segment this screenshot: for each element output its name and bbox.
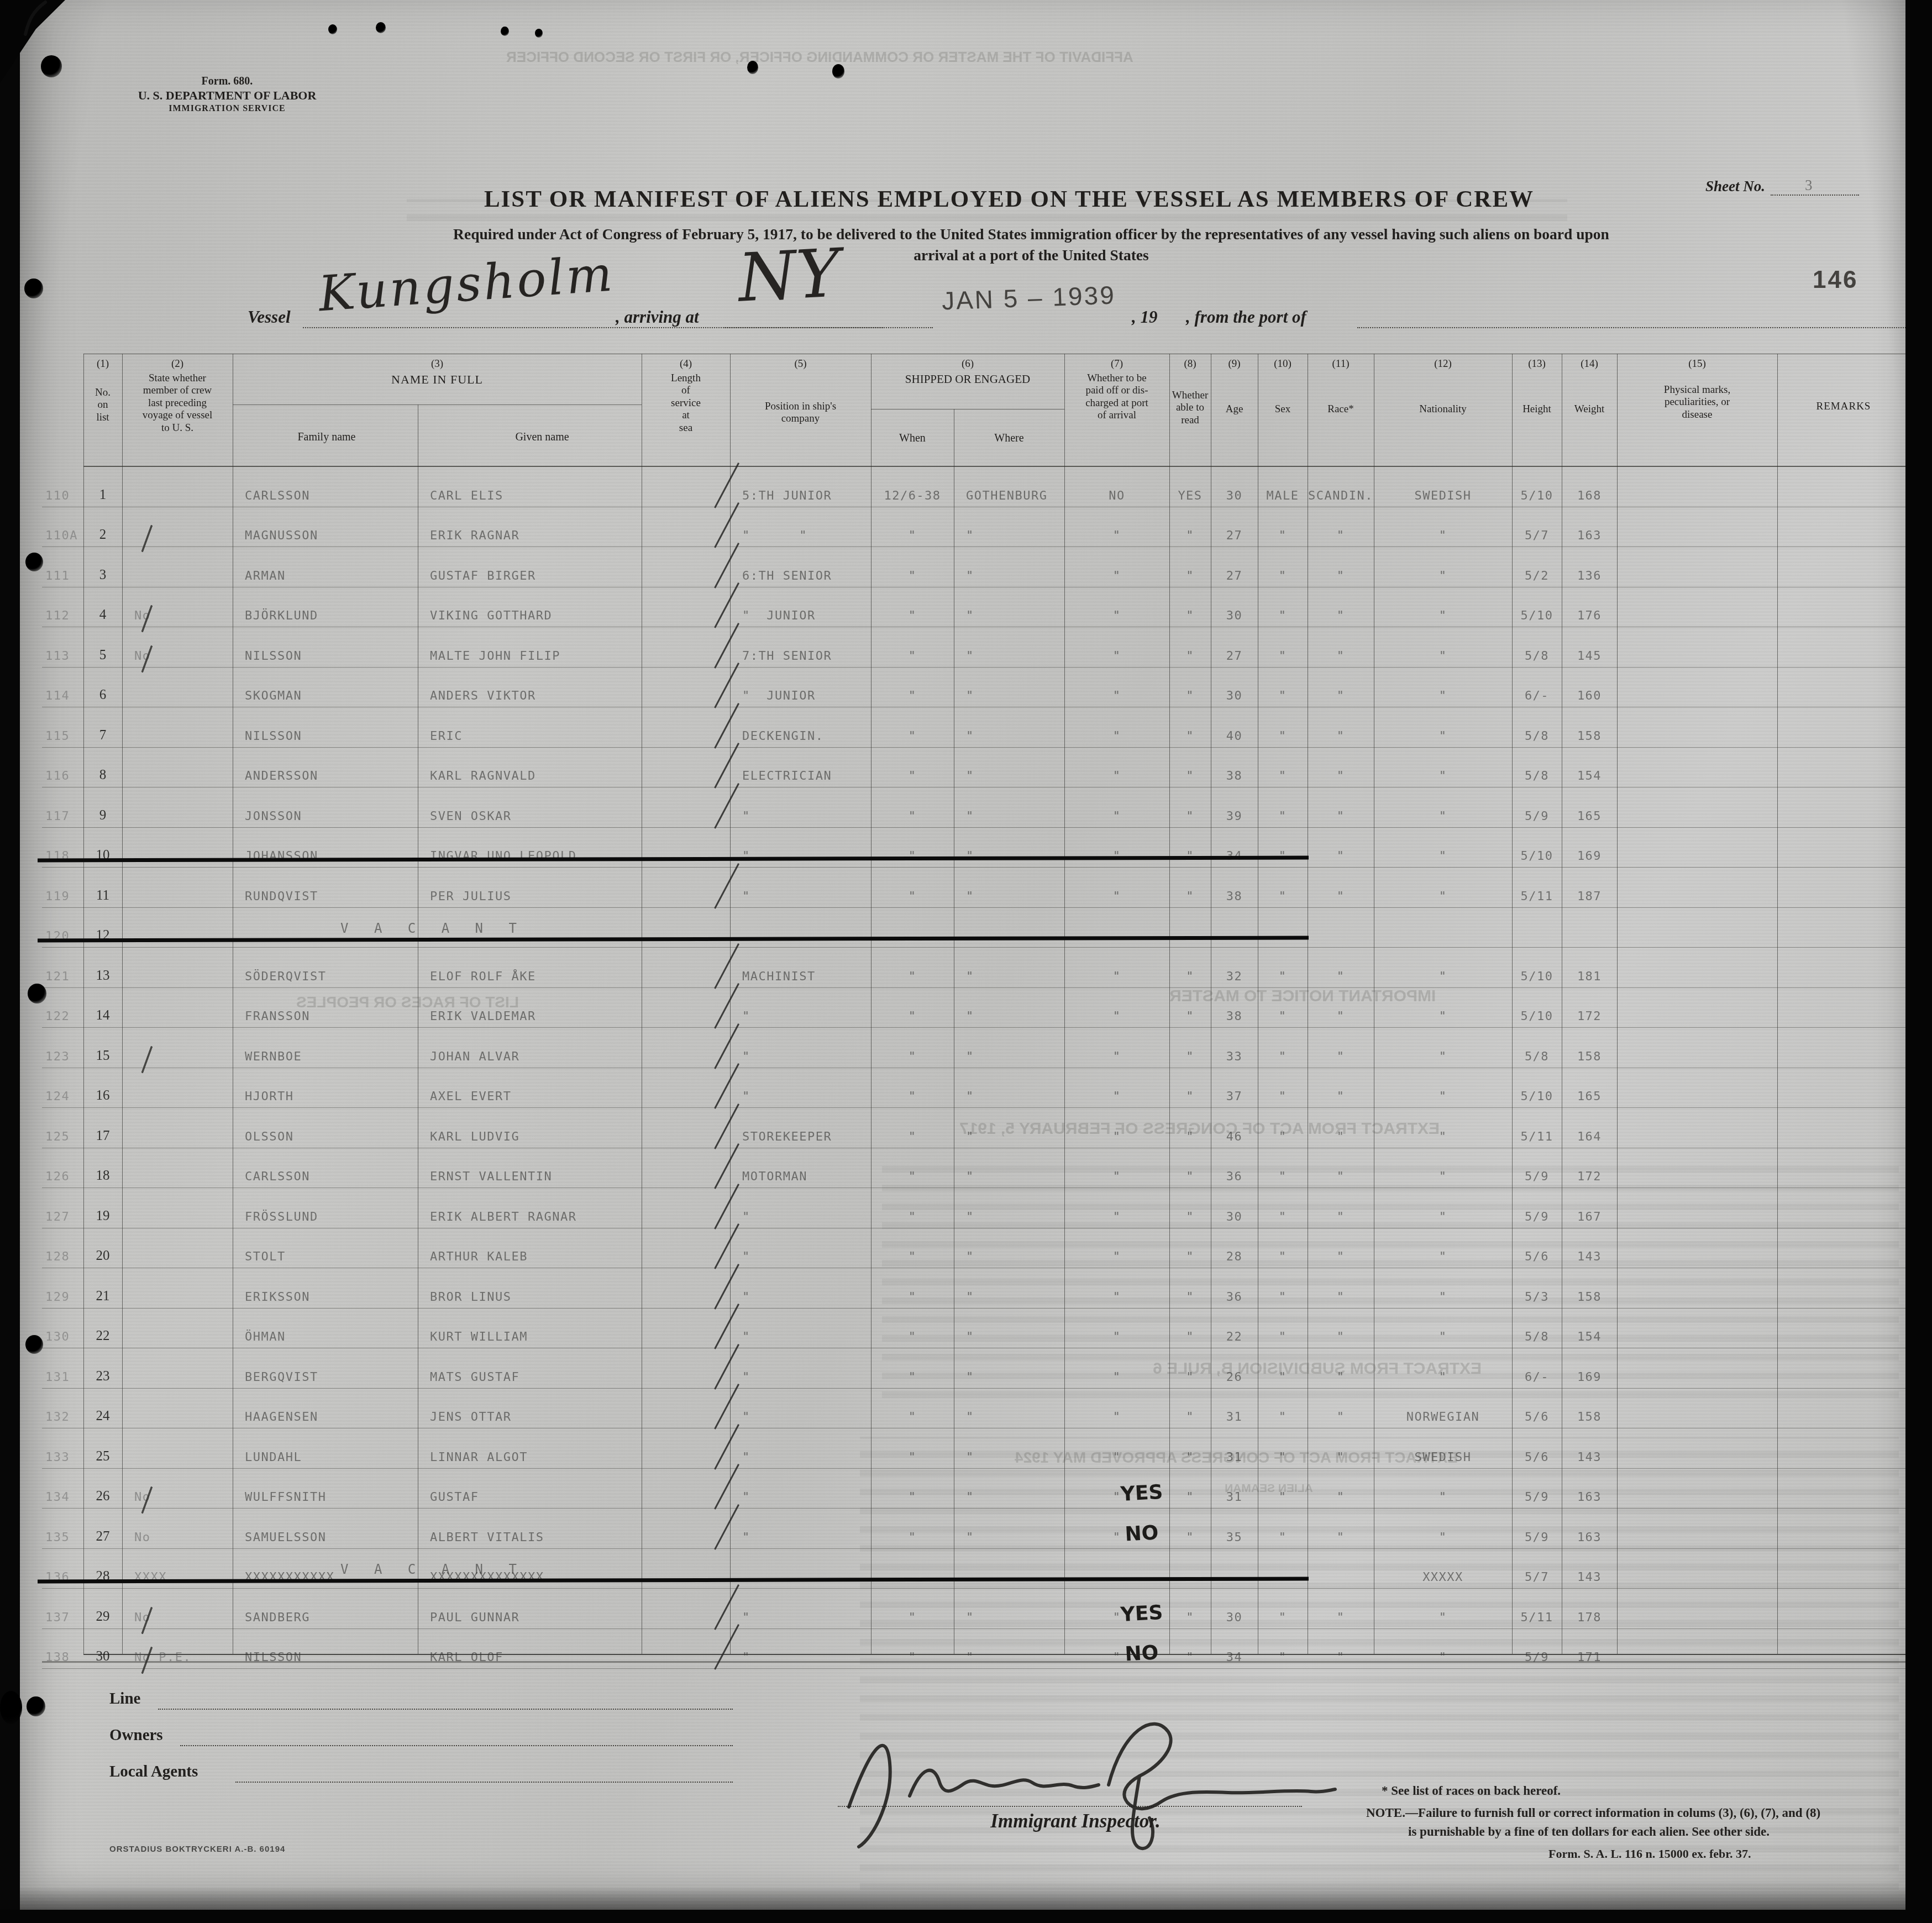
shipped-when-cell: " [871, 1629, 954, 1669]
hole-punch [28, 984, 46, 1003]
able-to-read-cell: " [1169, 828, 1211, 868]
paid-off-cell: " [1064, 627, 1169, 667]
position-cell [730, 1549, 871, 1589]
remarks-cell [1777, 507, 1910, 547]
name-subdivider [233, 404, 642, 405]
sex-cell: " [1258, 1509, 1308, 1548]
subheader-when: When [871, 432, 954, 445]
margin-line-number: 123 [42, 1028, 83, 1068]
weight-cell: 171 [1562, 1629, 1617, 1669]
position-cell [730, 908, 871, 948]
physical-marks-cell [1617, 1589, 1777, 1628]
weight-cell: 163 [1562, 1509, 1617, 1548]
physical-marks-cell [1617, 1428, 1777, 1468]
last-voyage-cell [122, 547, 233, 587]
last-voyage-cell: No [122, 1589, 233, 1628]
sex-cell [1258, 908, 1308, 948]
paid-off-cell: " [1064, 1348, 1169, 1388]
physical-marks-cell [1617, 587, 1777, 627]
margin-line-number: 122 [42, 988, 83, 1028]
row-number: 4 [83, 587, 122, 627]
sex-cell: " [1258, 507, 1308, 547]
weight-cell: 165 [1562, 1068, 1617, 1108]
able-to-read-cell: " [1169, 627, 1211, 667]
sex-cell: " [1258, 868, 1308, 907]
position-cell: " [730, 787, 871, 827]
last-voyage-cell [122, 668, 233, 707]
vacant-label: V A C A N T [340, 1562, 526, 1577]
scan-blemish [0, 1691, 22, 1724]
col-header-height: (13)Height [1512, 354, 1562, 467]
given-name-cell: ERIC [418, 707, 642, 747]
height-cell: 5/11 [1512, 1589, 1562, 1628]
age-cell: 22 [1211, 1309, 1258, 1348]
service-cell [642, 1068, 730, 1108]
margin-line-number: 125 [42, 1108, 83, 1148]
paid-off-cell: " [1064, 787, 1169, 827]
nationality-cell: SWEDISH [1374, 1428, 1512, 1468]
paid-off-cell: " [1064, 587, 1169, 627]
sex-cell: " [1258, 707, 1308, 747]
height-cell: 5/6 [1512, 1389, 1562, 1428]
race-cell: " [1308, 1188, 1374, 1228]
col-header-position: (5)Position in ship's company [730, 354, 871, 467]
shipped-when-cell: " [871, 748, 954, 787]
shipped-where-cell: " [954, 1188, 1064, 1228]
col-header-service: (4)Length of service at sea [642, 354, 730, 467]
weight-cell: 168 [1562, 467, 1617, 507]
last-voyage-cell [122, 1428, 233, 1468]
bleedthrough-text: AFFIDAVIT OF THE MASTER OR COMMANDING OF… [506, 49, 1133, 66]
margin-line-number: 129 [42, 1268, 83, 1308]
physical-marks-cell [1617, 868, 1777, 907]
local-agents-label: Local Agents [109, 1763, 198, 1781]
given-name-cell: VIKING GOTTHARD [418, 587, 642, 627]
height-cell: 5/9 [1512, 1188, 1562, 1228]
remarks-cell [1777, 787, 1910, 827]
height-cell: 5/10 [1512, 587, 1562, 627]
weight-cell: 176 [1562, 587, 1617, 627]
shipped-where-cell: " [954, 1389, 1064, 1428]
shipped-where-cell: " [954, 1268, 1064, 1308]
remarks-cell [1777, 908, 1910, 948]
weight-cell: 158 [1562, 707, 1617, 747]
sex-cell: " [1258, 1028, 1308, 1068]
paid-off-cell: " [1064, 948, 1169, 987]
able-to-read-cell: " [1169, 547, 1211, 587]
weight-cell: 158 [1562, 1028, 1617, 1068]
margin-line-number: 134 [42, 1469, 83, 1509]
family-name-cell: JONSSON [233, 787, 418, 827]
position-cell: " [730, 1348, 871, 1388]
sex-cell: " [1258, 1068, 1308, 1108]
weight-cell: 169 [1562, 828, 1617, 868]
shipped-when-cell: " [871, 1268, 954, 1308]
service-cell [642, 908, 730, 948]
position-cell: " [730, 1509, 871, 1548]
shipped-where-cell: " [954, 1068, 1064, 1108]
family-name-cell: ANDERSSON [233, 748, 418, 787]
service-label: IMMIGRATION SERVICE [103, 104, 351, 114]
hole-punch [25, 553, 43, 571]
margin-line-number: 111 [42, 547, 83, 587]
row-number: 30 [83, 1629, 122, 1669]
age-cell: 32 [1211, 948, 1258, 987]
service-cell [642, 868, 730, 907]
handwritten-paid-off-note: YES [1091, 1600, 1192, 1627]
physical-marks-cell [1617, 1469, 1777, 1509]
age-cell: 27 [1211, 627, 1258, 667]
age-cell: 30 [1211, 1188, 1258, 1228]
hole-punch [25, 1335, 43, 1354]
physical-marks-cell [1617, 1268, 1777, 1308]
able-to-read-cell: " [1169, 1389, 1211, 1428]
row-number: 16 [83, 1068, 122, 1108]
arrival-date-stamp: JAN 5 – 1939 [941, 280, 1116, 316]
subtitle-line1: Required under Act of Congress of Februa… [230, 225, 1833, 243]
shipped-when-cell: " [871, 1348, 954, 1388]
nationality-cell: " [1374, 868, 1512, 907]
age-cell: 30 [1211, 1589, 1258, 1628]
col-header-weight: (14)Weight [1562, 354, 1617, 467]
position-cell: " [730, 1028, 871, 1068]
shipped-when-cell: " [871, 1469, 954, 1509]
table-row: 127 19 FRÖSSLUND ERIK ALBERT RAGNAR " " … [42, 1188, 1910, 1228]
service-cell [642, 627, 730, 667]
scan-edge-bottom [0, 1910, 1932, 1923]
family-name-cell: WULFFSNITH [233, 1469, 418, 1509]
service-cell [642, 748, 730, 787]
service-cell [642, 1348, 730, 1388]
age-cell: 27 [1211, 507, 1258, 547]
col-header-read: (8)Whether able to read [1169, 354, 1211, 467]
arrival-port-handwritten: NY [736, 235, 842, 317]
shipped-when-cell: " [871, 668, 954, 707]
physical-marks-cell [1617, 1549, 1777, 1589]
position-cell: MACHINIST [730, 948, 871, 987]
height-cell: 5/7 [1512, 1549, 1562, 1589]
row-number: 18 [83, 1148, 122, 1188]
physical-marks-cell [1617, 507, 1777, 547]
service-cell [642, 507, 730, 547]
remarks-cell [1777, 1108, 1910, 1148]
nationality-cell: " [1374, 1469, 1512, 1509]
paid-off-cell: " [1064, 1108, 1169, 1148]
row-number: 20 [83, 1228, 122, 1268]
nationality-cell: " [1374, 587, 1512, 627]
paid-off-cell: " [1064, 748, 1169, 787]
subheader-family-name: Family name [249, 431, 404, 444]
department-label: U. S. DEPARTMENT OF LABOR [103, 88, 351, 103]
able-to-read-cell: " [1169, 1028, 1211, 1068]
form-number: Form. 680. [158, 75, 296, 88]
weight-cell: 163 [1562, 1469, 1617, 1509]
shipped-when-cell: " [871, 1509, 954, 1548]
shipped-where-cell: " [954, 1589, 1064, 1628]
given-name-cell: KARL OLOF [418, 1629, 642, 1669]
vessel-label: Vessel [248, 307, 291, 327]
last-voyage-cell [122, 1068, 233, 1108]
line-blank [158, 1709, 733, 1710]
sex-cell: " [1258, 787, 1308, 827]
table-row: 112 4 No BJÖRKLUND VIKING GOTTHARD " JUN… [42, 587, 1910, 628]
nationality-cell: " [1374, 787, 1512, 827]
position-cell: DECKENGIN. [730, 707, 871, 747]
sex-cell: " [1258, 627, 1308, 667]
family-name-cell: CARLSSON [233, 467, 418, 507]
race-cell: " [1308, 587, 1374, 627]
hole-punch [27, 1696, 45, 1716]
nationality-cell: " [1374, 1348, 1512, 1388]
col-header-age: (9)Age [1211, 354, 1258, 467]
race-cell: " [1308, 1148, 1374, 1188]
physical-marks-cell [1617, 988, 1777, 1028]
height-cell: 5/10 [1512, 467, 1562, 507]
weight-cell: 158 [1562, 1389, 1617, 1428]
weight-cell: 164 [1562, 1108, 1617, 1148]
shipped-where-cell: " [954, 948, 1064, 987]
able-to-read-cell: YES [1169, 467, 1211, 507]
nationality-cell: " [1374, 1228, 1512, 1268]
sex-cell: " [1258, 1148, 1308, 1188]
remarks-cell [1777, 1068, 1910, 1108]
race-cell: " [1308, 1509, 1374, 1548]
col-header-paidoff: (7)Whether to be paid off or dis- charge… [1064, 354, 1169, 467]
weight-cell: 136 [1562, 547, 1617, 587]
family-name-cell: BJÖRKLUND [233, 587, 418, 627]
shipped-when-cell: 12/6-38 [871, 467, 954, 507]
height-cell: 5/8 [1512, 748, 1562, 787]
shipped-when-cell: " [871, 1188, 954, 1228]
remarks-cell [1777, 1348, 1910, 1388]
col-header-shipped: (6)SHIPPED OR ENGAGED [871, 354, 1064, 467]
shipped-where-cell: " [954, 507, 1064, 547]
vacant-label: V A C A N T [340, 921, 526, 936]
position-cell: " [730, 1629, 871, 1669]
able-to-read-cell: " [1169, 1268, 1211, 1308]
position-cell: 6:TH SENIOR [730, 547, 871, 587]
given-name-cell: ERIK VALDEMAR [418, 988, 642, 1028]
race-cell: " [1308, 1348, 1374, 1388]
height-cell: 5/8 [1512, 707, 1562, 747]
paid-off-cell: " [1064, 668, 1169, 707]
weight-cell: 165 [1562, 787, 1617, 827]
shipped-when-cell: " [871, 587, 954, 627]
age-cell: 34 [1211, 1629, 1258, 1669]
sheet-no-label: Sheet No. [1705, 178, 1765, 195]
local-agents-blank [235, 1782, 733, 1783]
row-number: 14 [83, 988, 122, 1028]
sex-cell: " [1258, 988, 1308, 1028]
nationality-cell: SWEDISH [1374, 467, 1512, 507]
scan-edge-right [1905, 0, 1932, 1923]
paid-off-cell: " [1064, 1068, 1169, 1108]
given-name-cell: ARTHUR KALEB [418, 1228, 642, 1268]
weight-cell: 172 [1562, 1148, 1617, 1188]
weight-cell: 181 [1562, 948, 1617, 987]
margin-line-number: 124 [42, 1068, 83, 1108]
table-row: 110 1 CARLSSON CARL ELIS 5:TH JUNIOR 12/… [42, 467, 1910, 507]
position-cell: ELECTRICIAN [730, 748, 871, 787]
race-cell: " [1308, 868, 1374, 907]
col-header-nationality: (12)Nationality [1374, 354, 1512, 467]
family-name-cell: SANDBERG [233, 1589, 418, 1628]
weight-cell: 160 [1562, 668, 1617, 707]
last-voyage-cell: No [122, 627, 233, 667]
family-name-cell: SÖDERQVIST [233, 948, 418, 987]
remarks-cell [1777, 1309, 1910, 1348]
remarks-cell [1777, 707, 1910, 747]
shipped-when-cell: " [871, 1028, 954, 1068]
col-header-race: (11)Race* [1308, 354, 1374, 467]
table-row: 131 23 BERGQVIST MATS GUSTAF " " " " " 2… [42, 1348, 1910, 1389]
row-number: 22 [83, 1309, 122, 1348]
margin-line-number: 110 [42, 467, 83, 507]
family-name-cell: MAGNUSSON [233, 507, 418, 547]
last-voyage-cell [122, 748, 233, 787]
height-cell: 5/9 [1512, 787, 1562, 827]
height-cell: 5/10 [1512, 948, 1562, 987]
row-number: 5 [83, 627, 122, 667]
nationality-cell: " [1374, 1108, 1512, 1148]
shipped-when-cell: " [871, 1589, 954, 1628]
table-row: 125 17 OLSSON KARL LUDVIG STOREKEEPER " … [42, 1108, 1910, 1148]
physical-marks-cell [1617, 787, 1777, 827]
physical-marks-cell [1617, 748, 1777, 787]
sex-cell: " [1258, 748, 1308, 787]
row-number: 11 [83, 868, 122, 907]
nationality-cell: " [1374, 748, 1512, 787]
table-row: 128 20 STOLT ARTHUR KALEB " " " " " 28 "… [42, 1228, 1910, 1269]
able-to-read-cell: " [1169, 1428, 1211, 1468]
able-to-read-cell: " [1169, 1228, 1211, 1268]
height-cell: 5/7 [1512, 507, 1562, 547]
able-to-read-cell: " [1169, 988, 1211, 1028]
margin-line-number: 115 [42, 707, 83, 747]
position-cell: " [730, 1068, 871, 1108]
age-cell: 31 [1211, 1469, 1258, 1509]
table-row: 124 16 HJORTH AXEL EVERT " " " " " 37 " … [42, 1068, 1910, 1108]
given-name-cell: MALTE JOHN FILIP [418, 627, 642, 667]
weight-cell: 143 [1562, 1228, 1617, 1268]
physical-marks-cell [1617, 1629, 1777, 1669]
shipped-where-cell: " [954, 828, 1064, 868]
sex-cell: " [1258, 828, 1308, 868]
position-cell: " [730, 1188, 871, 1228]
age-cell: 28 [1211, 1228, 1258, 1268]
margin-line-number: 114 [42, 668, 83, 707]
paid-off-cell: " [1064, 1148, 1169, 1188]
row-number: 7 [83, 707, 122, 747]
able-to-read-cell: " [1169, 787, 1211, 827]
row-number: 15 [83, 1028, 122, 1068]
last-voyage-cell: No [122, 1469, 233, 1509]
sex-cell: " [1258, 1469, 1308, 1509]
shipped-when-cell: " [871, 787, 954, 827]
table-row: 117 9 JONSSON SVEN OSKAR " " " " " 39 " … [42, 787, 1910, 828]
table-row: 130 22 ÖHMAN KURT WILLIAM " " " " " 22 "… [42, 1309, 1910, 1349]
weight-cell: 167 [1562, 1188, 1617, 1228]
given-name-cell: SVEN OSKAR [418, 787, 642, 827]
shipped-when-cell: " [871, 1389, 954, 1428]
service-cell [642, 1629, 730, 1669]
position-cell: " JUNIOR [730, 668, 871, 707]
race-cell: SCANDIN. [1308, 467, 1374, 507]
age-cell: 38 [1211, 988, 1258, 1028]
port-label: , from the port of [1186, 307, 1306, 327]
table-row: 122 14 FRANSSON ERIK VALDEMAR " " " " " … [42, 988, 1910, 1028]
able-to-read-cell: " [1169, 948, 1211, 987]
row-number: 17 [83, 1108, 122, 1148]
sex-cell [1258, 1549, 1308, 1589]
row-number: 2 [83, 507, 122, 547]
able-to-read-cell: " [1169, 1188, 1211, 1228]
age-cell: 38 [1211, 748, 1258, 787]
owners-label: Owners [109, 1726, 163, 1745]
row-number: 3 [83, 547, 122, 587]
race-cell: " [1308, 787, 1374, 827]
paid-off-cell: " [1064, 828, 1169, 868]
remarks-cell [1777, 668, 1910, 707]
nationality-cell: XXXXX [1374, 1549, 1512, 1589]
service-cell [642, 1188, 730, 1228]
age-cell: 27 [1211, 547, 1258, 587]
height-cell: 5/6 [1512, 1428, 1562, 1468]
family-name-cell: ARMAN [233, 547, 418, 587]
weight-cell [1562, 908, 1617, 948]
height-cell: 5/11 [1512, 868, 1562, 907]
nationality-cell: " [1374, 1068, 1512, 1108]
able-to-read-cell [1169, 1549, 1211, 1589]
last-voyage-cell [122, 707, 233, 747]
hole-punch [41, 55, 62, 77]
shipped-where-cell: " [954, 1469, 1064, 1509]
remarks-cell [1777, 1469, 1910, 1509]
last-voyage-cell [122, 1108, 233, 1148]
col-header-marks: (15)Physical marks, peculiarities, or di… [1617, 354, 1777, 467]
service-cell [642, 1549, 730, 1589]
shipped-where-cell: " [954, 1028, 1064, 1068]
paid-off-cell: " [1064, 547, 1169, 587]
remarks-cell [1777, 748, 1910, 787]
shipped-where-cell: " [954, 1428, 1064, 1468]
paid-off-cell: " [1064, 868, 1169, 907]
given-name-cell: GUSTAF BIRGER [418, 547, 642, 587]
given-name-cell: ELOF ROLF ÅKE [418, 948, 642, 987]
paid-off-cell: " [1064, 988, 1169, 1028]
port-line [1357, 327, 1910, 328]
last-voyage-cell: No [122, 587, 233, 627]
race-cell: " [1308, 507, 1374, 547]
last-voyage-cell [122, 868, 233, 907]
shipped-where-cell: " [954, 547, 1064, 587]
paid-off-cell [1064, 1549, 1169, 1589]
given-name-cell: ALBERT VITALIS [418, 1509, 642, 1548]
staple-mark [832, 64, 844, 78]
physical-marks-cell [1617, 627, 1777, 667]
col-header-name: (3)NAME IN FULL [233, 354, 642, 467]
nationality-cell: " [1374, 707, 1512, 747]
margin-line-number: 119 [42, 868, 83, 907]
able-to-read-cell: " [1169, 587, 1211, 627]
remarks-cell [1777, 1589, 1910, 1628]
height-cell: 5/10 [1512, 828, 1562, 868]
given-name-cell: CARL ELIS [418, 467, 642, 507]
paid-off-cell [1064, 908, 1169, 948]
able-to-read-cell: " [1169, 868, 1211, 907]
able-to-read-cell: " [1169, 1348, 1211, 1388]
row-number: 6 [83, 668, 122, 707]
